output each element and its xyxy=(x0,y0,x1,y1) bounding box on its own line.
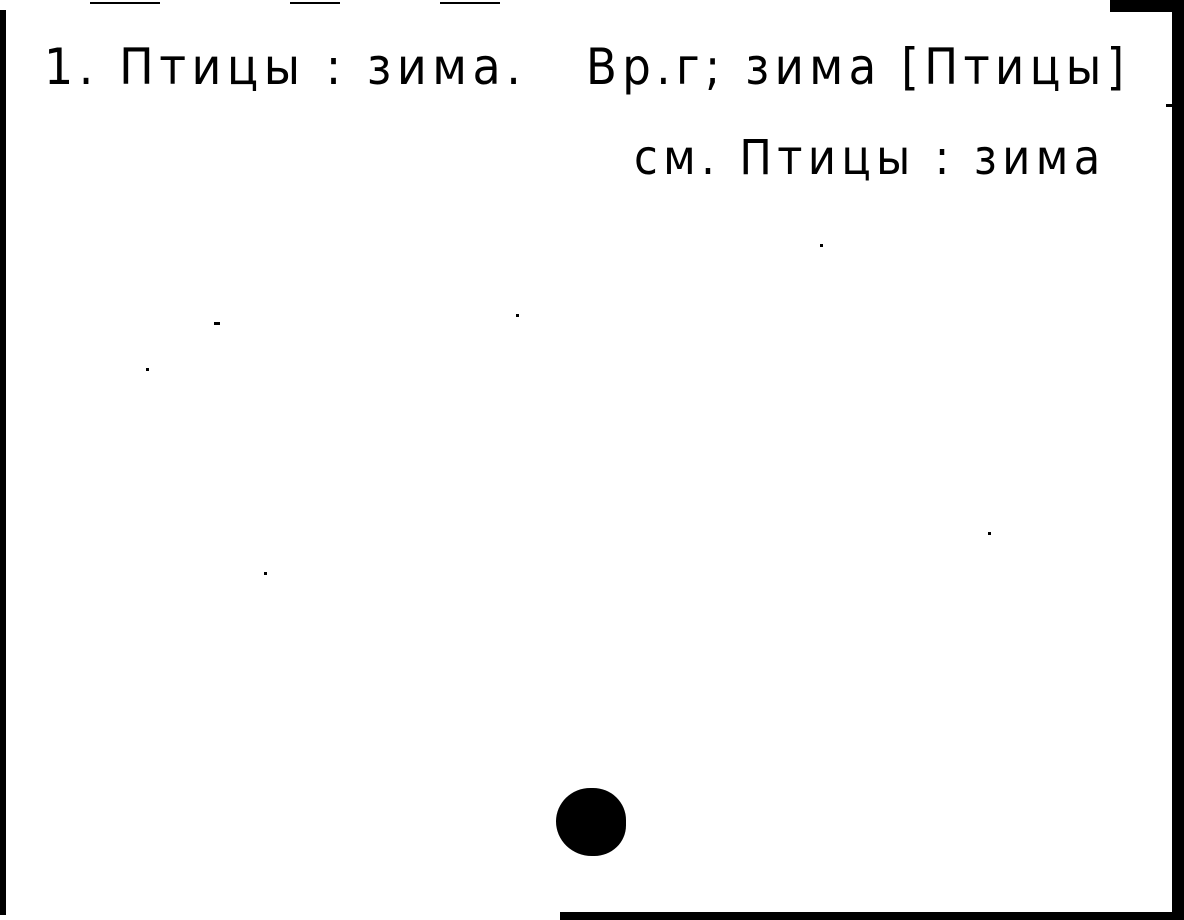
card-edge-bottom xyxy=(560,912,1184,920)
heading-subject: 1. Птицы : зима. xyxy=(44,38,526,96)
scan-speck xyxy=(1166,104,1172,107)
card-edge-top-fragment xyxy=(440,2,500,4)
card-edge-top-corner xyxy=(1110,0,1184,12)
scan-speck xyxy=(146,368,149,371)
scan-speck xyxy=(264,572,267,575)
card-edge-left xyxy=(0,10,6,915)
cross-reference-entry: Вр.г; зима [Птицы] xyxy=(586,38,1130,96)
scan-speck xyxy=(988,532,991,535)
heading-subject-text: Птицы : зима. xyxy=(119,38,526,96)
see-also-reference: см. Птицы : зима xyxy=(634,130,1106,186)
scan-speck xyxy=(516,314,519,317)
scan-speck xyxy=(214,322,220,325)
ink-blot xyxy=(556,788,626,856)
card-edge-right xyxy=(1172,12,1184,917)
catalog-card: 1. Птицы : зима. Вр.г; зима [Птицы] см. … xyxy=(0,0,1184,920)
heading-number: 1. xyxy=(44,38,99,96)
card-edge-top-fragment xyxy=(90,2,160,4)
scan-speck xyxy=(820,244,823,247)
card-edge-top-fragment xyxy=(290,2,340,4)
